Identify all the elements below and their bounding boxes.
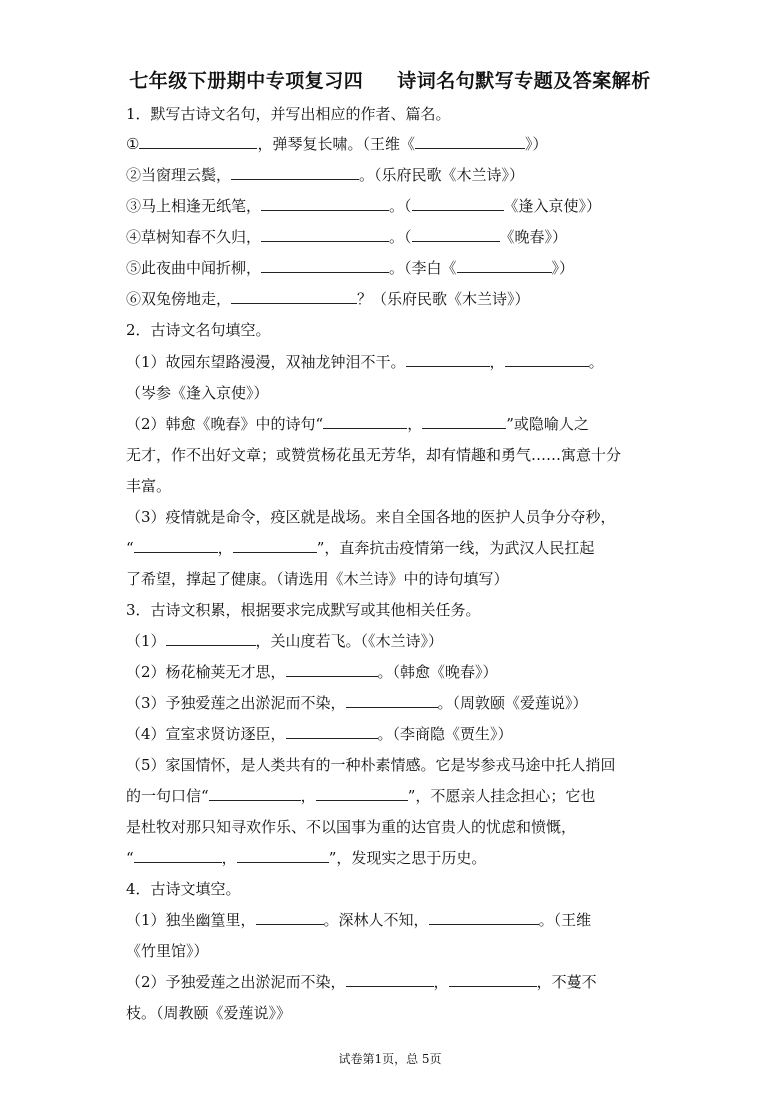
answer-blank — [233, 538, 317, 553]
text-line: ⑥双兔傍地走，？（乐府民歌《木兰诗》） — [126, 289, 530, 309]
line-text: 无才，作不出好文章；或赞赏杨花虽无芳华，却有情趣和勇气……寓意十分 — [126, 446, 621, 464]
answer-blank — [323, 414, 407, 429]
line-text: （1） — [126, 632, 166, 650]
text-line: ③马上相逢无纸笔，。（《逢入京使》） — [126, 196, 601, 216]
answer-blank — [415, 134, 525, 149]
line-text: ，弹琴复长啸。（王维《 — [257, 135, 415, 153]
answer-blank — [412, 227, 500, 242]
line-text: （1）故园东望路漫漫，双袖龙钟泪不干。 — [126, 353, 406, 371]
line-text: 枝。（周教颐《爱莲说》》 — [126, 1004, 291, 1022]
line-text: 。（乐府民歌《木兰诗》） — [359, 166, 524, 184]
answer-blank — [505, 352, 589, 367]
line-text: （3）疫情就是命令，疫区就是战场。来自全国各地的医护人员争分夺秒， — [126, 508, 616, 526]
answer-blank — [457, 258, 552, 273]
text-line: ④草树知春不久归，。（《晚春》） — [126, 227, 567, 247]
answer-blank — [134, 538, 218, 553]
line-text: ②当窗理云鬓， — [126, 166, 231, 184]
line-text: ， — [301, 787, 316, 805]
line-text: “ — [126, 539, 134, 557]
line-text: 。（王维 — [539, 911, 592, 929]
text-line: ⑤此夜曲中闻折柳，。（李白《》） — [126, 258, 574, 278]
line-text: ， — [434, 973, 449, 991]
line-text: 。 — [589, 353, 604, 371]
line-text: （3）予独爱莲之出淤泥而不染， — [126, 694, 346, 712]
line-text: 的一句口信“ — [126, 787, 209, 805]
line-text: 1．默写古诗文名句，并写出相应的作者、篇名。 — [126, 105, 451, 123]
line-text: ⑤此夜曲中闻折柳， — [126, 259, 261, 277]
text-line: 无才，作不出好文章；或赞赏杨花虽无芳华，却有情趣和勇气……寓意十分 — [126, 445, 621, 465]
line-text: ， — [407, 415, 422, 433]
answer-blank — [166, 631, 256, 646]
text-line: （1）独坐幽篁里，。深林人不知，。（王维 — [126, 910, 591, 930]
line-text: ① — [126, 135, 139, 153]
line-text: （5）家国情怀，是人类共有的一种朴素情感。它是岑参戎马途中托人捎回 — [126, 756, 616, 774]
line-text: （2）杨花榆荚无才思， — [126, 663, 286, 681]
answer-blank — [261, 227, 389, 242]
answer-blank — [231, 289, 357, 304]
text-line: 4．古诗文填空。 — [126, 879, 241, 899]
answer-blank — [422, 414, 506, 429]
line-text: 2．古诗文名句填空。 — [126, 321, 271, 339]
text-line: （2）韩愈《晚春》中的诗句“，”或隐喻人之 — [126, 414, 589, 434]
line-text: ③马上相逢无纸笔， — [126, 197, 261, 215]
text-line: 枝。（周教颐《爱莲说》》 — [126, 1003, 291, 1023]
line-text: “ — [126, 849, 134, 867]
answer-blank — [286, 662, 378, 677]
title-part-2: 诗词名句默写专题及答案解析 — [397, 70, 651, 92]
line-text: 《竹里馆》） — [126, 942, 209, 960]
answer-blank — [449, 972, 537, 987]
text-line: 丰富。 — [126, 476, 171, 496]
answer-blank — [134, 848, 222, 863]
line-text: ”，直奔抗击疫情第一线，为武汉人民扛起 — [317, 539, 595, 557]
answer-blank — [256, 910, 324, 925]
line-text: ， — [490, 353, 505, 371]
text-line: ②当窗理云鬓，。（乐府民歌《木兰诗》） — [126, 165, 524, 185]
line-text: 》） — [525, 135, 548, 153]
line-text: （岑参《逢入京使》） — [126, 384, 269, 402]
line-text: 《逢入京使》） — [504, 197, 602, 215]
text-line: “，”，直奔抗击疫情第一线，为武汉人民扛起 — [126, 538, 594, 558]
text-line: “，”，发现实之思于历史。 — [126, 848, 486, 868]
text-line: 3．古诗文积累，根据要求完成默写或其他相关任务。 — [126, 600, 481, 620]
answer-blank — [237, 848, 329, 863]
answer-blank — [346, 972, 434, 987]
line-text: 丰富。 — [126, 477, 171, 495]
text-line: （5）家国情怀，是人类共有的一种朴素情感。它是岑参戎马途中托人捎回 — [126, 755, 616, 775]
answer-blank — [316, 786, 408, 801]
line-text: 。（韩愈《晚春》） — [378, 663, 498, 681]
line-text: 是杜牧对那只知寻欢作乐、不以国事为重的达官贵人的忧虑和愤慨， — [126, 818, 576, 836]
line-text: 。（李白《 — [389, 259, 457, 277]
text-line: 是杜牧对那只知寻欢作乐、不以国事为重的达官贵人的忧虑和愤慨， — [126, 817, 576, 837]
answer-blank — [261, 258, 389, 273]
line-text: 4．古诗文填空。 — [126, 880, 241, 898]
line-text: 。深林人不知， — [324, 911, 429, 929]
line-text: （1）独坐幽篁里， — [126, 911, 256, 929]
text-line: 2．古诗文名句填空。 — [126, 320, 271, 340]
answer-blank — [346, 693, 438, 708]
line-text: ⑥双兔傍地走， — [126, 290, 231, 308]
line-text: ，关山度若飞。（《木兰诗》） — [256, 632, 444, 650]
line-text: 》） — [552, 259, 575, 277]
line-text: ，不蔓不 — [537, 973, 597, 991]
answer-blank — [406, 352, 490, 367]
line-text: 了希望，撑起了健康。（请选用《木兰诗》中的诗句填写） — [126, 570, 509, 588]
line-text: （2）韩愈《晚春》中的诗句“ — [126, 415, 323, 433]
answer-blank — [429, 910, 539, 925]
title-part-1: 七年级下册期中专项复习四 — [129, 70, 363, 92]
line-text: （4）宣室求贤访逐臣， — [126, 725, 286, 743]
page-title: 七年级下册期中专项复习四诗词名句默写专题及答案解析 — [0, 66, 780, 93]
answer-blank — [286, 724, 378, 739]
line-text: ”，发现实之思于历史。 — [329, 849, 487, 867]
text-line: （2）杨花榆荚无才思，。（韩愈《晚春》） — [126, 662, 498, 682]
answer-blank — [209, 786, 301, 801]
line-text: ， — [222, 849, 237, 867]
line-text: ”，不愿亲人挂念担心；它也 — [408, 787, 596, 805]
answer-blank — [261, 196, 389, 211]
answer-blank — [231, 165, 359, 180]
text-line: （3）予独爱莲之出淤泥而不染，。（周敦颐《爱莲说》） — [126, 693, 588, 713]
line-text: ， — [218, 539, 233, 557]
line-text: 。（周敦颐《爱莲说》） — [438, 694, 588, 712]
line-text: 。（ — [389, 197, 412, 215]
page-footer: 试卷第1页，总 5页 — [0, 1050, 780, 1067]
text-line: （3）疫情就是命令，疫区就是战场。来自全国各地的医护人员争分夺秒， — [126, 507, 616, 527]
text-line: （4）宣室求贤访逐臣，。（李商隐《贾生》） — [126, 724, 513, 744]
line-text: ”或隐喻人之 — [506, 415, 589, 433]
line-text: 。（ — [389, 228, 412, 246]
text-line: （1）故园东望路漫漫，双袖龙钟泪不干。，。 — [126, 352, 604, 372]
line-text: ？（乐府民歌《木兰诗》） — [357, 290, 530, 308]
text-line: ①，弹琴复长啸。（王维《》） — [126, 134, 547, 154]
text-line: （岑参《逢入京使》） — [126, 383, 269, 403]
text-line: 《竹里馆》） — [126, 941, 209, 961]
line-text: 《晚春》） — [500, 228, 568, 246]
line-text: 。（李商隐《贾生》） — [378, 725, 513, 743]
answer-blank — [412, 196, 504, 211]
text-line: （1），关山度若飞。（《木兰诗》） — [126, 631, 443, 651]
line-text: ④草树知春不久归， — [126, 228, 261, 246]
line-text: 3．古诗文积累，根据要求完成默写或其他相关任务。 — [126, 601, 481, 619]
line-text: （2）予独爱莲之出淤泥而不染， — [126, 973, 346, 991]
answer-blank — [139, 134, 257, 149]
text-line: 1．默写古诗文名句，并写出相应的作者、篇名。 — [126, 104, 451, 124]
text-line: 了希望，撑起了健康。（请选用《木兰诗》中的诗句填写） — [126, 569, 509, 589]
text-line: （2）予独爱莲之出淤泥而不染，，，不蔓不 — [126, 972, 597, 992]
text-line: 的一句口信“，”，不愿亲人挂念担心；它也 — [126, 786, 595, 806]
